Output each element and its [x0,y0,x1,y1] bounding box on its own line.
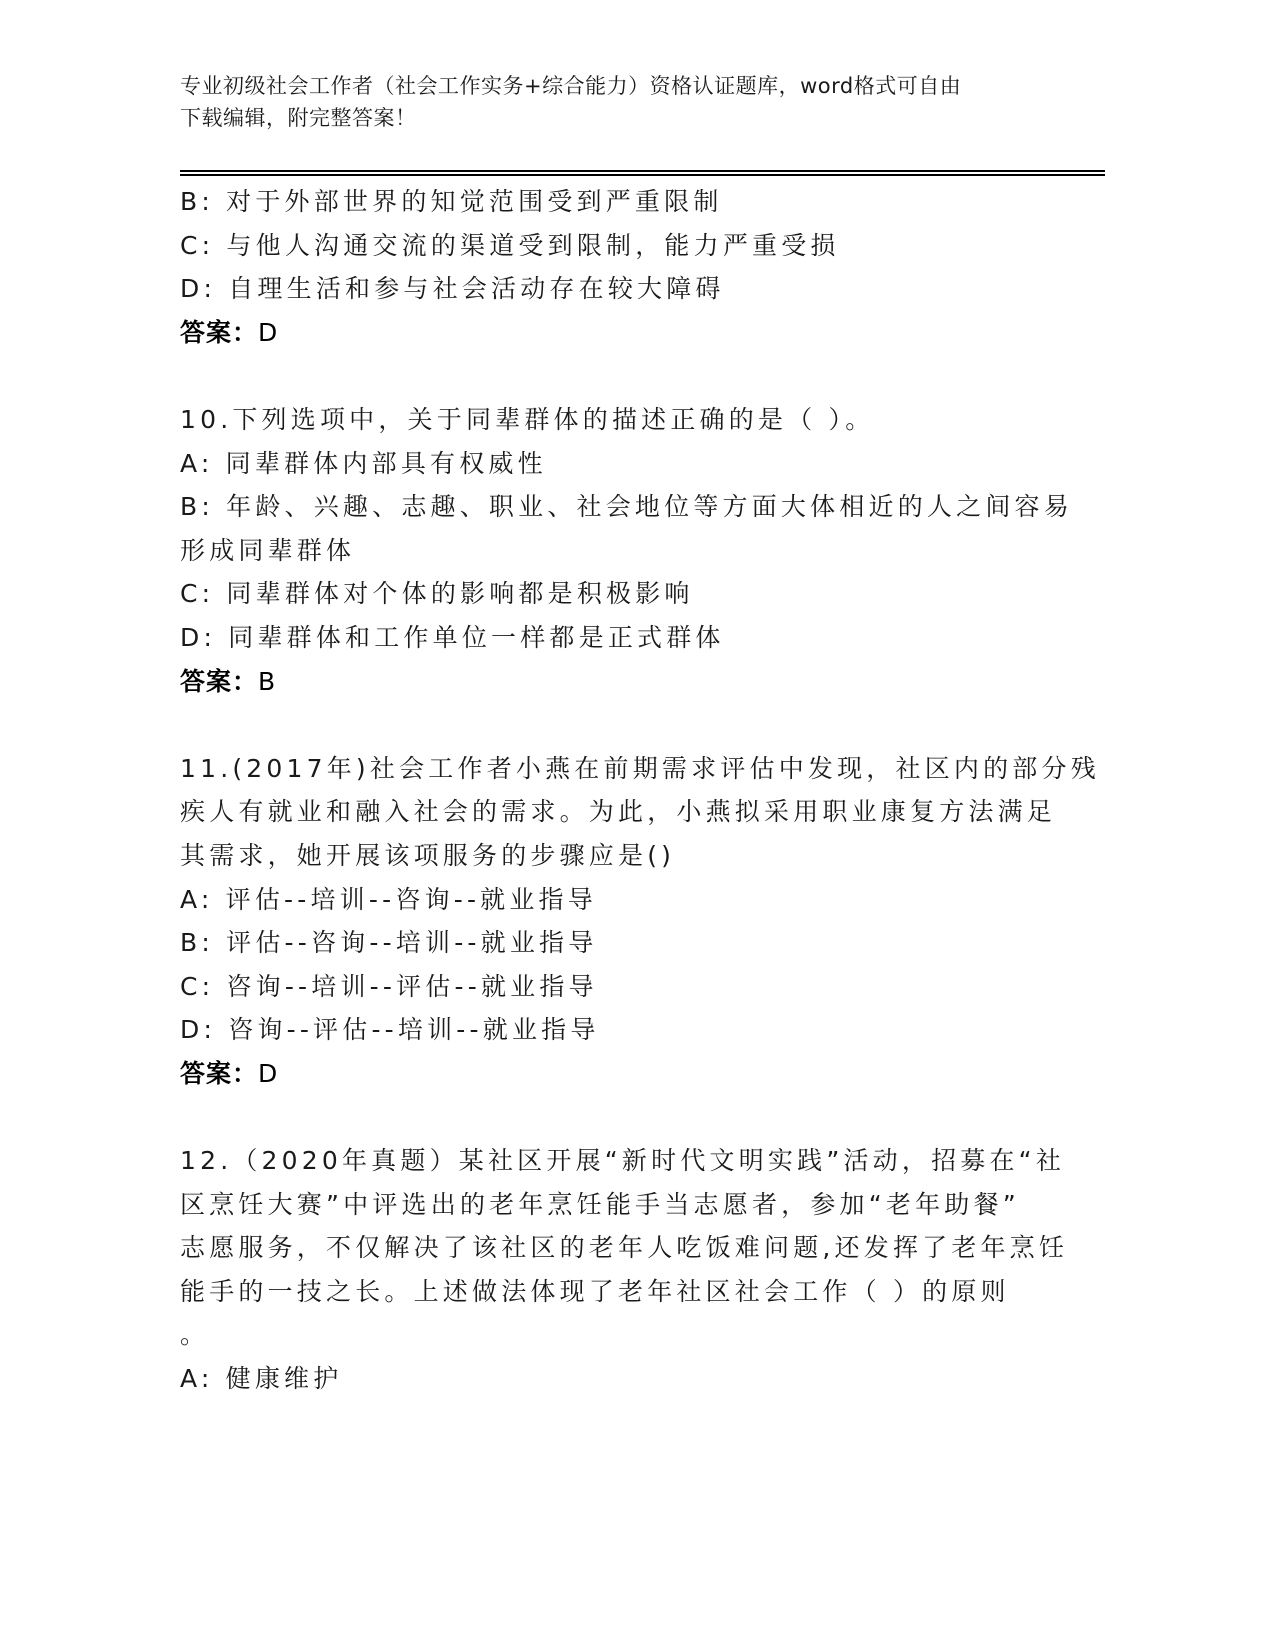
answer-value: B [258,667,276,696]
option-b: B: 对于外部世界的知觉范围受到严重限制 [180,180,1040,224]
option-d: D: 自理生活和参与社会活动存在较大障碍 [180,267,1040,311]
option-c: C: 同辈群体对个体的影响都是积极影响 [180,572,1040,616]
option-c: C: 咨询--培训--评估--就业指导 [180,965,1040,1009]
option-d: D: 咨询--评估--培训--就业指导 [180,1008,1040,1052]
header-line-1: 专业初级社会工作者（社会工作实务+综合能力）资格认证题库，word格式可自由 [180,70,1040,102]
option-d: D: 同辈群体和工作单位一样都是正式群体 [180,616,1040,660]
spacer [180,354,1040,398]
question-stem: 区烹饪大赛”中评选出的老年烹饪能手当志愿者，参加“老年助餐” [180,1183,1040,1227]
answer: 答案：D [180,1052,1040,1096]
question-stem: 11.(2017年)社会工作者小燕在前期需求评估中发现，社区内的部分残 [180,747,1040,791]
question-stem: 疾人有就业和融入社会的需求。为此，小燕拟采用职业康复方法满足 [180,790,1040,834]
question-stem: 。 [180,1313,1040,1357]
question-content: B: 对于外部世界的知觉范围受到严重限制 C: 与他人沟通交流的渠道受到限制，能… [180,180,1040,1401]
question-12: 12.（2020年真题）某社区开展“新时代文明实践”活动，招募在“社 区烹饪大赛… [180,1139,1040,1401]
spacer [180,1095,1040,1139]
answer: 答案：D [180,311,1040,355]
question-stem: 12.（2020年真题）某社区开展“新时代文明实践”活动，招募在“社 [180,1139,1040,1183]
answer: 答案：B [180,660,1040,704]
answer-value: D [258,1059,278,1088]
question-stem: 其需求，她开展该项服务的步骤应是() [180,834,1040,878]
answer-value: D [258,318,278,347]
header-divider [180,170,1105,176]
question-stem: 10.下列选项中，关于同辈群体的描述正确的是（ ）。 [180,398,1040,442]
question-9-partial: B: 对于外部世界的知觉范围受到严重限制 C: 与他人沟通交流的渠道受到限制，能… [180,180,1040,354]
question-stem: 志愿服务，不仅解决了该社区的老年人吃饭难问题,还发挥了老年烹饪 [180,1226,1040,1270]
option-b-continued: 形成同辈群体 [180,529,1040,573]
option-a: A: 健康维护 [180,1357,1040,1401]
option-a: A: 评估--培训--咨询--就业指导 [180,878,1040,922]
question-stem: 能手的一技之长。上述做法体现了老年社区社会工作（ ）的原则 [180,1270,1040,1314]
answer-label: 答案： [180,318,258,347]
answer-label: 答案： [180,1059,258,1088]
option-c: C: 与他人沟通交流的渠道受到限制，能力严重受损 [180,224,1040,268]
answer-label: 答案： [180,667,258,696]
option-b: B: 评估--咨询--培训--就业指导 [180,921,1040,965]
spacer [180,703,1040,747]
question-11: 11.(2017年)社会工作者小燕在前期需求评估中发现，社区内的部分残 疾人有就… [180,747,1040,1096]
header-line-2: 下载编辑，附完整答案！ [180,102,1040,134]
option-a: A: 同辈群体内部具有权威性 [180,442,1040,486]
option-b: B: 年龄、兴趣、志趣、职业、社会地位等方面大体相近的人之间容易 [180,485,1040,529]
question-10: 10.下列选项中，关于同辈群体的描述正确的是（ ）。 A: 同辈群体内部具有权威… [180,398,1040,703]
document-header: 专业初级社会工作者（社会工作实务+综合能力）资格认证题库，word格式可自由 下… [180,70,1040,134]
